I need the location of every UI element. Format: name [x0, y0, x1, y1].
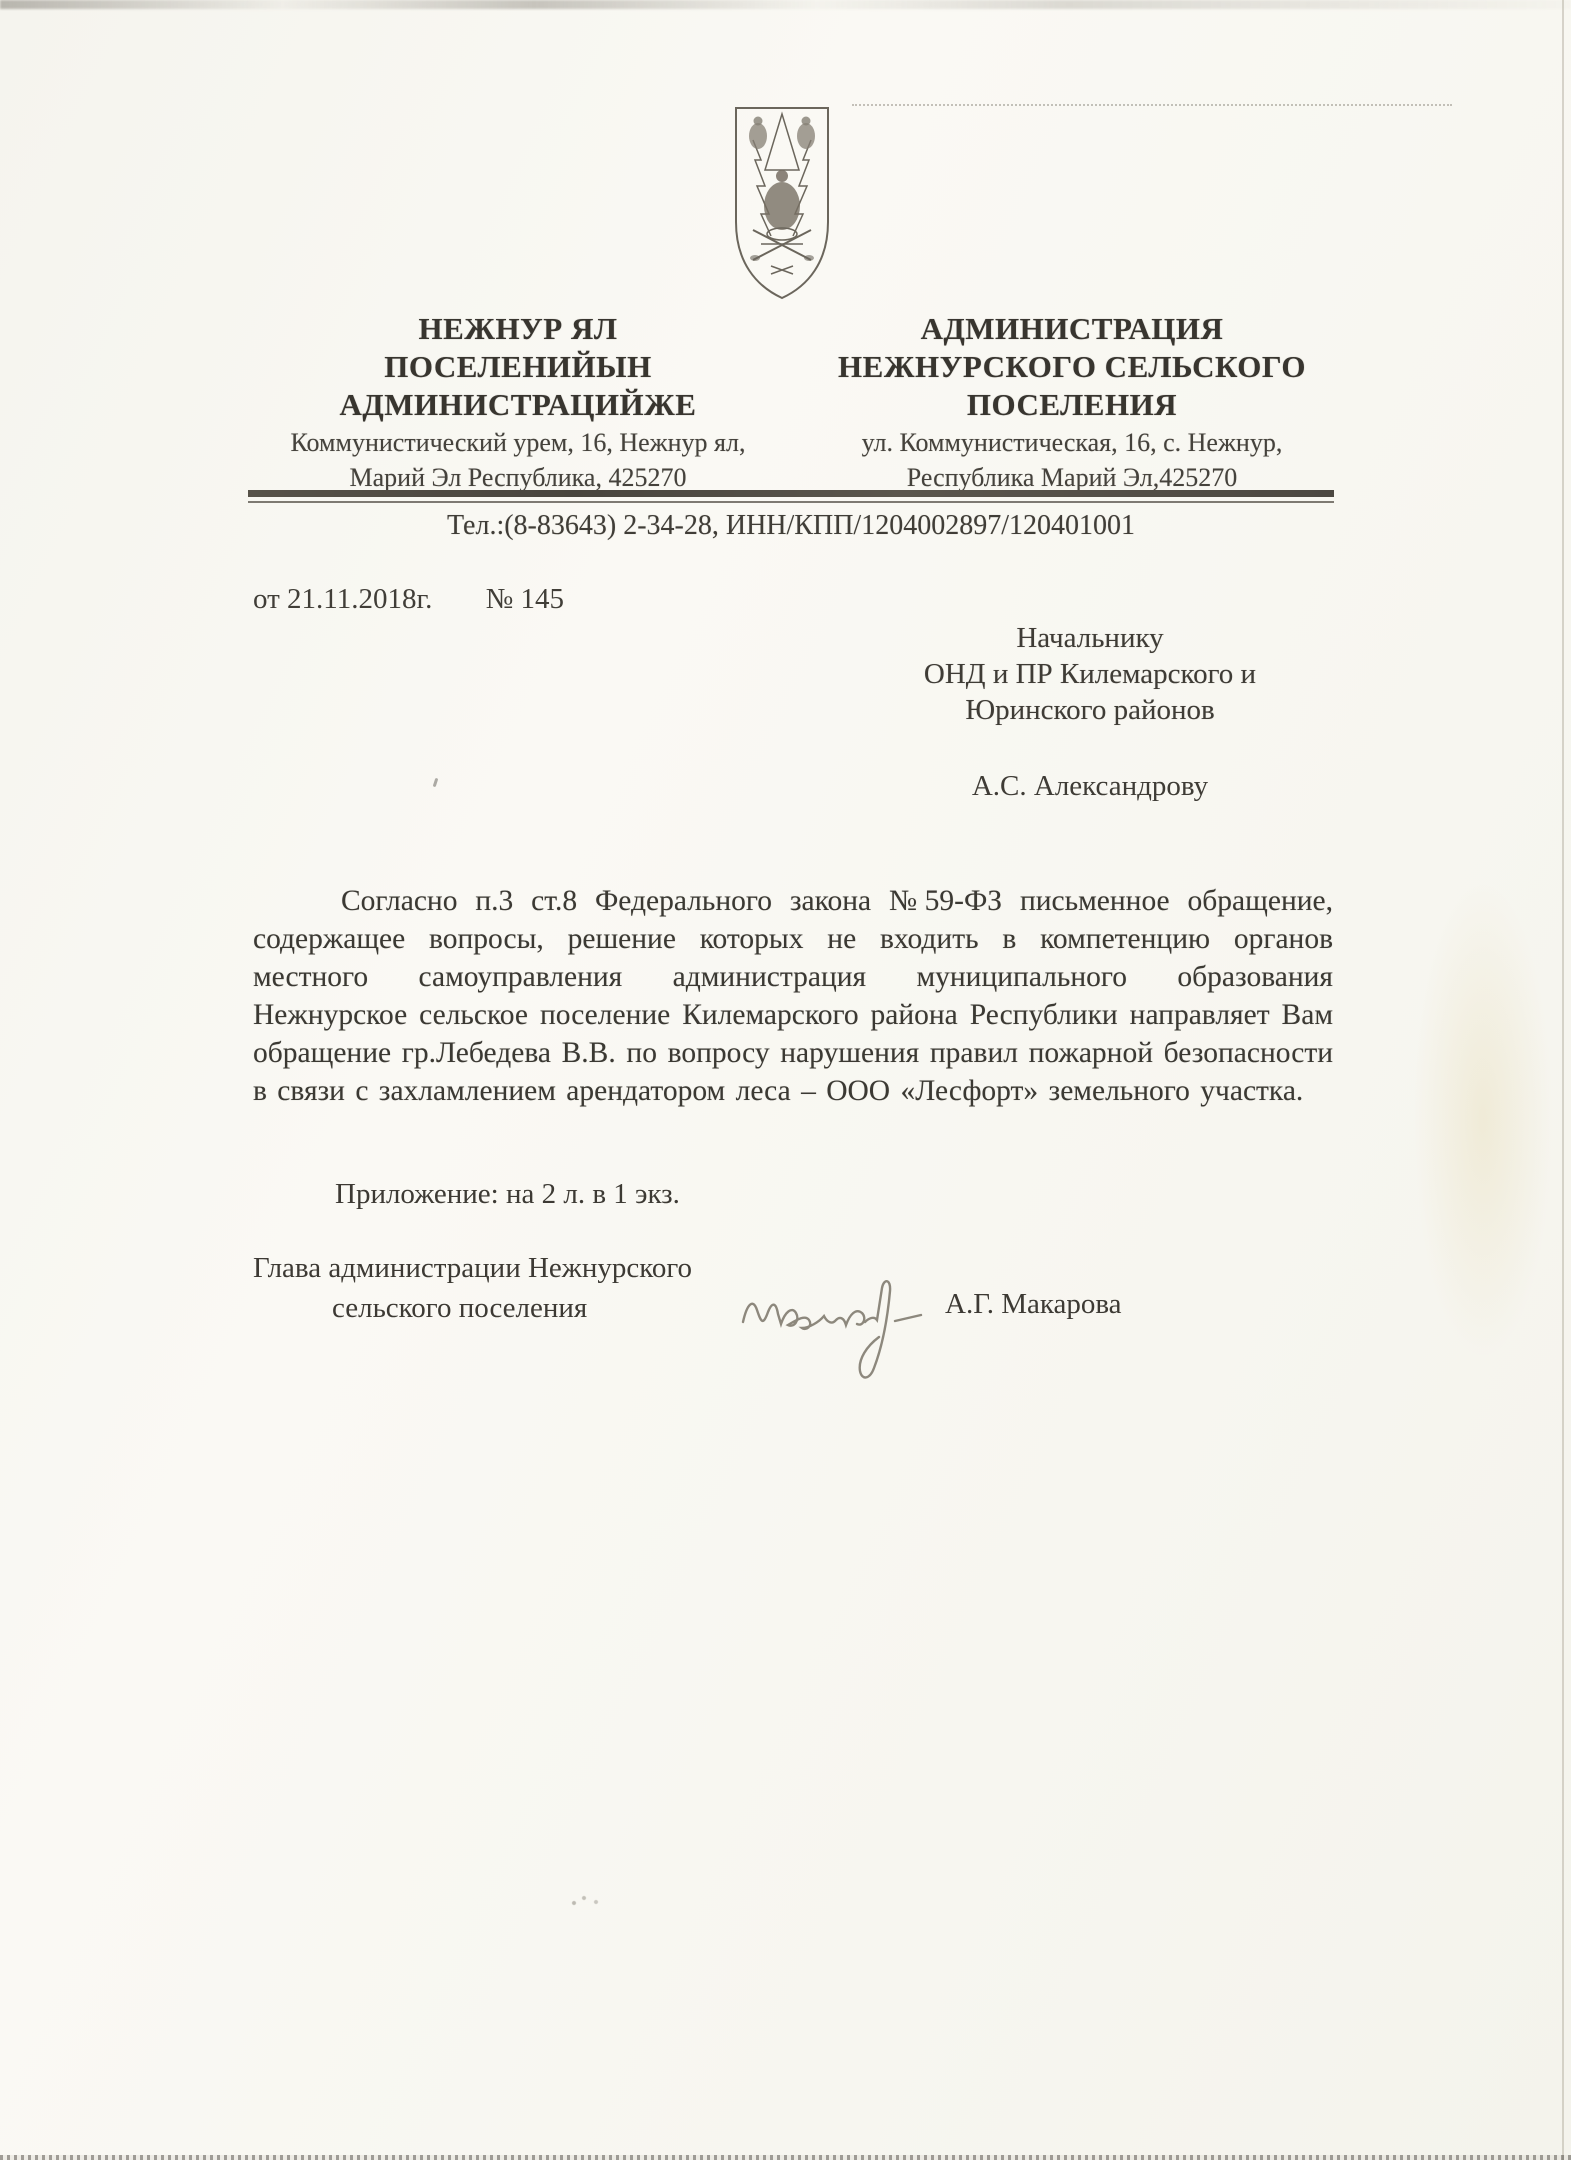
- letter-number: № 145: [486, 583, 564, 615]
- org-name-rus-line1: АДМИНИСТРАЦИЯ: [822, 310, 1322, 348]
- scan-dotted-line: [852, 104, 1452, 106]
- attachment-note: Приложение: на 2 л. в 1 экз.: [335, 1178, 680, 1211]
- coat-of-arms-icon: [731, 104, 833, 304]
- letterhead-rule-thick: [248, 490, 1334, 497]
- org-address-rus-line1: ул. Коммунистическая, 16, с. Нежнур,: [822, 427, 1322, 459]
- contact-line: Тел.:(8-83643) 2-34-28, ИНН/КПП/12040028…: [248, 510, 1334, 542]
- scan-bottom-edge-line: [0, 2155, 1571, 2160]
- scan-top-smudge: [0, 0, 1571, 9]
- addressee-line3: Юринского районов: [845, 692, 1335, 728]
- signer-title-line2: сельского поселения: [332, 1292, 587, 1325]
- signer-name: А.Г. Макарова: [945, 1288, 1122, 1321]
- org-name-mari-line3: АДМИНИСТРАЦИЙЖЕ: [268, 386, 768, 424]
- letterhead-rule-thin: [248, 501, 1334, 503]
- letterhead-right-column: АДМИНИСТРАЦИЯ НЕЖНУРСКОГО СЕЛЬСКОГО ПОСЕ…: [822, 310, 1322, 494]
- org-name-rus-line3: ПОСЕЛЕНИЯ: [822, 386, 1322, 424]
- addressee-name: А.С. Александрову: [845, 770, 1335, 803]
- addressee-line2: ОНД и ПР Килемарского и: [845, 656, 1335, 692]
- scan-right-edge-line: [1562, 0, 1564, 2160]
- org-name-rus-line2: НЕЖНУРСКОГО СЕЛЬСКОГО: [822, 348, 1322, 386]
- handwritten-signature: [735, 1258, 950, 1408]
- scan-speck: [433, 778, 439, 787]
- addressee-block: Начальнику ОНД и ПР Килемарского и Юринс…: [845, 620, 1335, 728]
- scan-specks: [570, 1893, 604, 1907]
- reference-line: от 21.11.2018г. № 145: [253, 583, 564, 616]
- signer-title-line1: Глава администрации Нежнурского: [253, 1252, 692, 1285]
- addressee-line1: Начальнику: [845, 620, 1335, 656]
- body-paragraph: Согласно п.3 ст.8 Федерального закона №5…: [253, 882, 1333, 1110]
- org-address-mari-line1: Коммунистический урем, 16, Нежнур ял,: [268, 427, 768, 459]
- paper-stain: [1413, 880, 1553, 1360]
- scanned-letter-page: НЕЖНУР ЯЛ ПОСЕЛЕНИЙЫН АДМИНИСТРАЦИЙЖЕ Ко…: [0, 0, 1571, 2160]
- org-name-mari-line2: ПОСЕЛЕНИЙЫН: [268, 348, 768, 386]
- letterhead-left-column: НЕЖНУР ЯЛ ПОСЕЛЕНИЙЫН АДМИНИСТРАЦИЙЖЕ Ко…: [268, 310, 768, 494]
- org-name-mari-line1: НЕЖНУР ЯЛ: [268, 310, 768, 348]
- letter-date: от 21.11.2018г.: [253, 583, 432, 615]
